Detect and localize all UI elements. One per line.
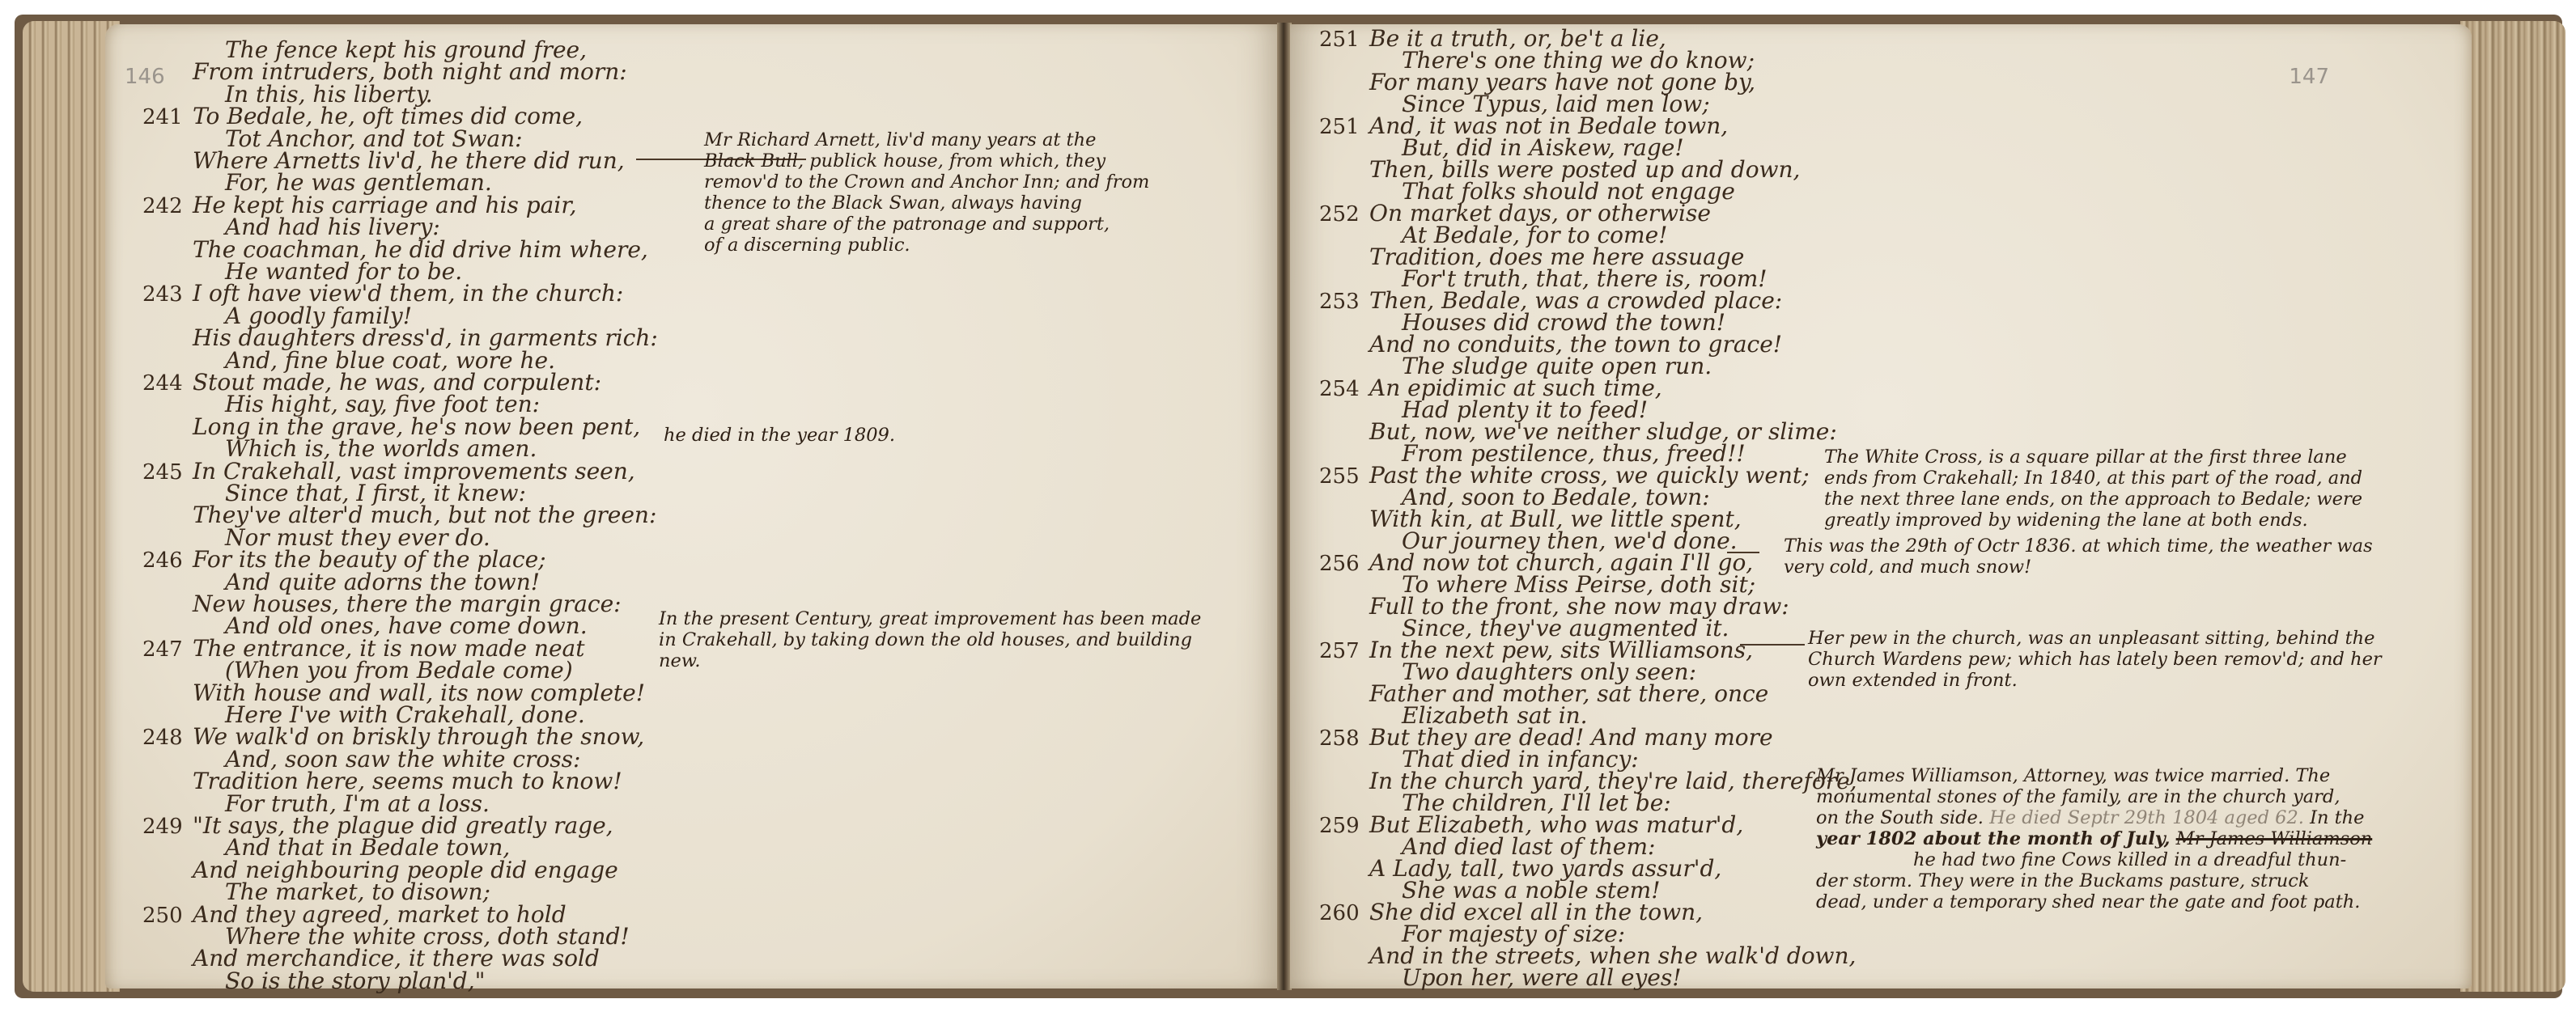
- stanza-number: 250: [142, 903, 193, 929]
- note-line: very cold, and much snow!: [1784, 557, 2373, 578]
- note-line: Mr Richard Arnett, liv'd many years at t…: [704, 129, 1149, 150]
- note-leader-line: [1740, 644, 1805, 646]
- margin-note-williamson: Mr James Williamson, Attorney, was twice…: [1816, 765, 2372, 912]
- margin-note-pew: Her pew in the church, was an unpleasant…: [1808, 628, 2382, 691]
- struck-out-text: Mr James Williamson: [2176, 828, 2373, 849]
- note-line: This was the 29th of Octr 1836. at which…: [1784, 536, 2373, 557]
- margin-note-crakehall: In the present Century, great improvemen…: [659, 608, 1201, 671]
- stanza-number: 246: [142, 548, 193, 574]
- note-line: he had two fine Cows killed in a dreadfu…: [1816, 849, 2372, 870]
- note-line: in Crakehall, by taking down the old hou…: [659, 629, 1201, 650]
- note-line: thence to the Black Swan, always having: [704, 193, 1149, 214]
- margin-note-died-1809: he died in the year 1809.: [664, 425, 895, 446]
- stanza-number: 241: [142, 104, 193, 130]
- margin-note-arnett: Mr Richard Arnett, liv'd many years at t…: [704, 129, 1149, 256]
- stanza-number: 249: [142, 814, 193, 840]
- verse-line: Upon her, were all eyes!: [1402, 965, 1682, 991]
- note-line: on the South side.: [1816, 807, 1984, 828]
- note-line: In the present Century, great improvemen…: [659, 608, 1201, 629]
- note-line: greatly improved by widening the lane at…: [1824, 510, 2362, 531]
- verse-text: Upon her, were all eyes!: [1402, 964, 1682, 991]
- stanza-number: 260: [1319, 900, 1369, 926]
- note-line: remov'd to the Crown and Anchor Inn; and…: [704, 171, 1149, 193]
- note-line: of a discerning public.: [704, 235, 1149, 256]
- open-manuscript-book: 146 The fence kept his ground free,From …: [0, 0, 2576, 1016]
- margin-note-white-cross: The White Cross, is a square pillar at t…: [1824, 447, 2362, 531]
- verse-text: So is the story plan'd,": [225, 967, 486, 994]
- verse-line: So is the story plan'd,": [225, 968, 486, 994]
- note-line: Her pew in the church, was an unpleasant…: [1808, 628, 2382, 649]
- note-line: Mr James Williamson, Attorney, was twice…: [1816, 765, 2372, 786]
- stanza-number: 252: [1319, 201, 1369, 227]
- note-line: own extended in front.: [1808, 670, 2382, 691]
- note-leader-line: [1727, 552, 1759, 553]
- note-line: ends from Crakehall; In 1840, at this pa…: [1824, 468, 2362, 489]
- stanza-number: 243: [142, 282, 193, 307]
- stanza-number: 256: [1319, 551, 1369, 577]
- note-line: dead, under a temporary shed near the ga…: [1816, 891, 2372, 912]
- right-page-edges: [2460, 21, 2565, 992]
- stanza-number: 254: [1319, 376, 1369, 402]
- note-line: Black Bull, publick house, from which, t…: [704, 150, 1149, 171]
- note-line: year 1802 about the month of July,: [1816, 828, 2171, 849]
- note-line: der storm. They were in the Buckams past…: [1816, 870, 2372, 891]
- note-line: the next three lane ends, on the approac…: [1824, 489, 2362, 510]
- page-number-right: 147: [2289, 65, 2329, 89]
- left-page: 146 The fence kept his ground free,From …: [105, 24, 1280, 988]
- stanza-number: 244: [142, 370, 193, 396]
- stanza-number: 242: [142, 193, 193, 219]
- note-line: a great share of the patronage and suppo…: [704, 214, 1149, 235]
- note-line: The White Cross, is a square pillar at t…: [1824, 447, 2362, 468]
- note-line: Church Wardens pew; which has lately bee…: [1808, 649, 2382, 670]
- stanza-number: 248: [142, 725, 193, 751]
- stanza-number: 251: [1319, 114, 1369, 140]
- stanza-number: 245: [142, 459, 193, 485]
- faded-pencil-insert: He died Septr 29th 1804 aged 62.: [1989, 807, 2304, 828]
- margin-note-date-1836: This was the 29th of Octr 1836. at which…: [1784, 536, 2373, 578]
- page-number-left: 146: [125, 65, 165, 89]
- stanza-number: 247: [142, 637, 193, 663]
- stanza-number: 257: [1319, 638, 1369, 664]
- stanza-number: 258: [1319, 726, 1369, 751]
- note-line: monumental stones of the family, are in …: [1816, 786, 2372, 807]
- stanza-number: 259: [1319, 813, 1369, 839]
- stanza-number: 251: [1319, 27, 1369, 53]
- note-line: In the: [2310, 807, 2364, 828]
- stanza-number: 255: [1319, 464, 1369, 489]
- right-page: 147 251Be it a truth, or, be't a lie,The…: [1290, 24, 2472, 988]
- note-line: new.: [659, 650, 1201, 671]
- stanza-number: 253: [1319, 289, 1369, 315]
